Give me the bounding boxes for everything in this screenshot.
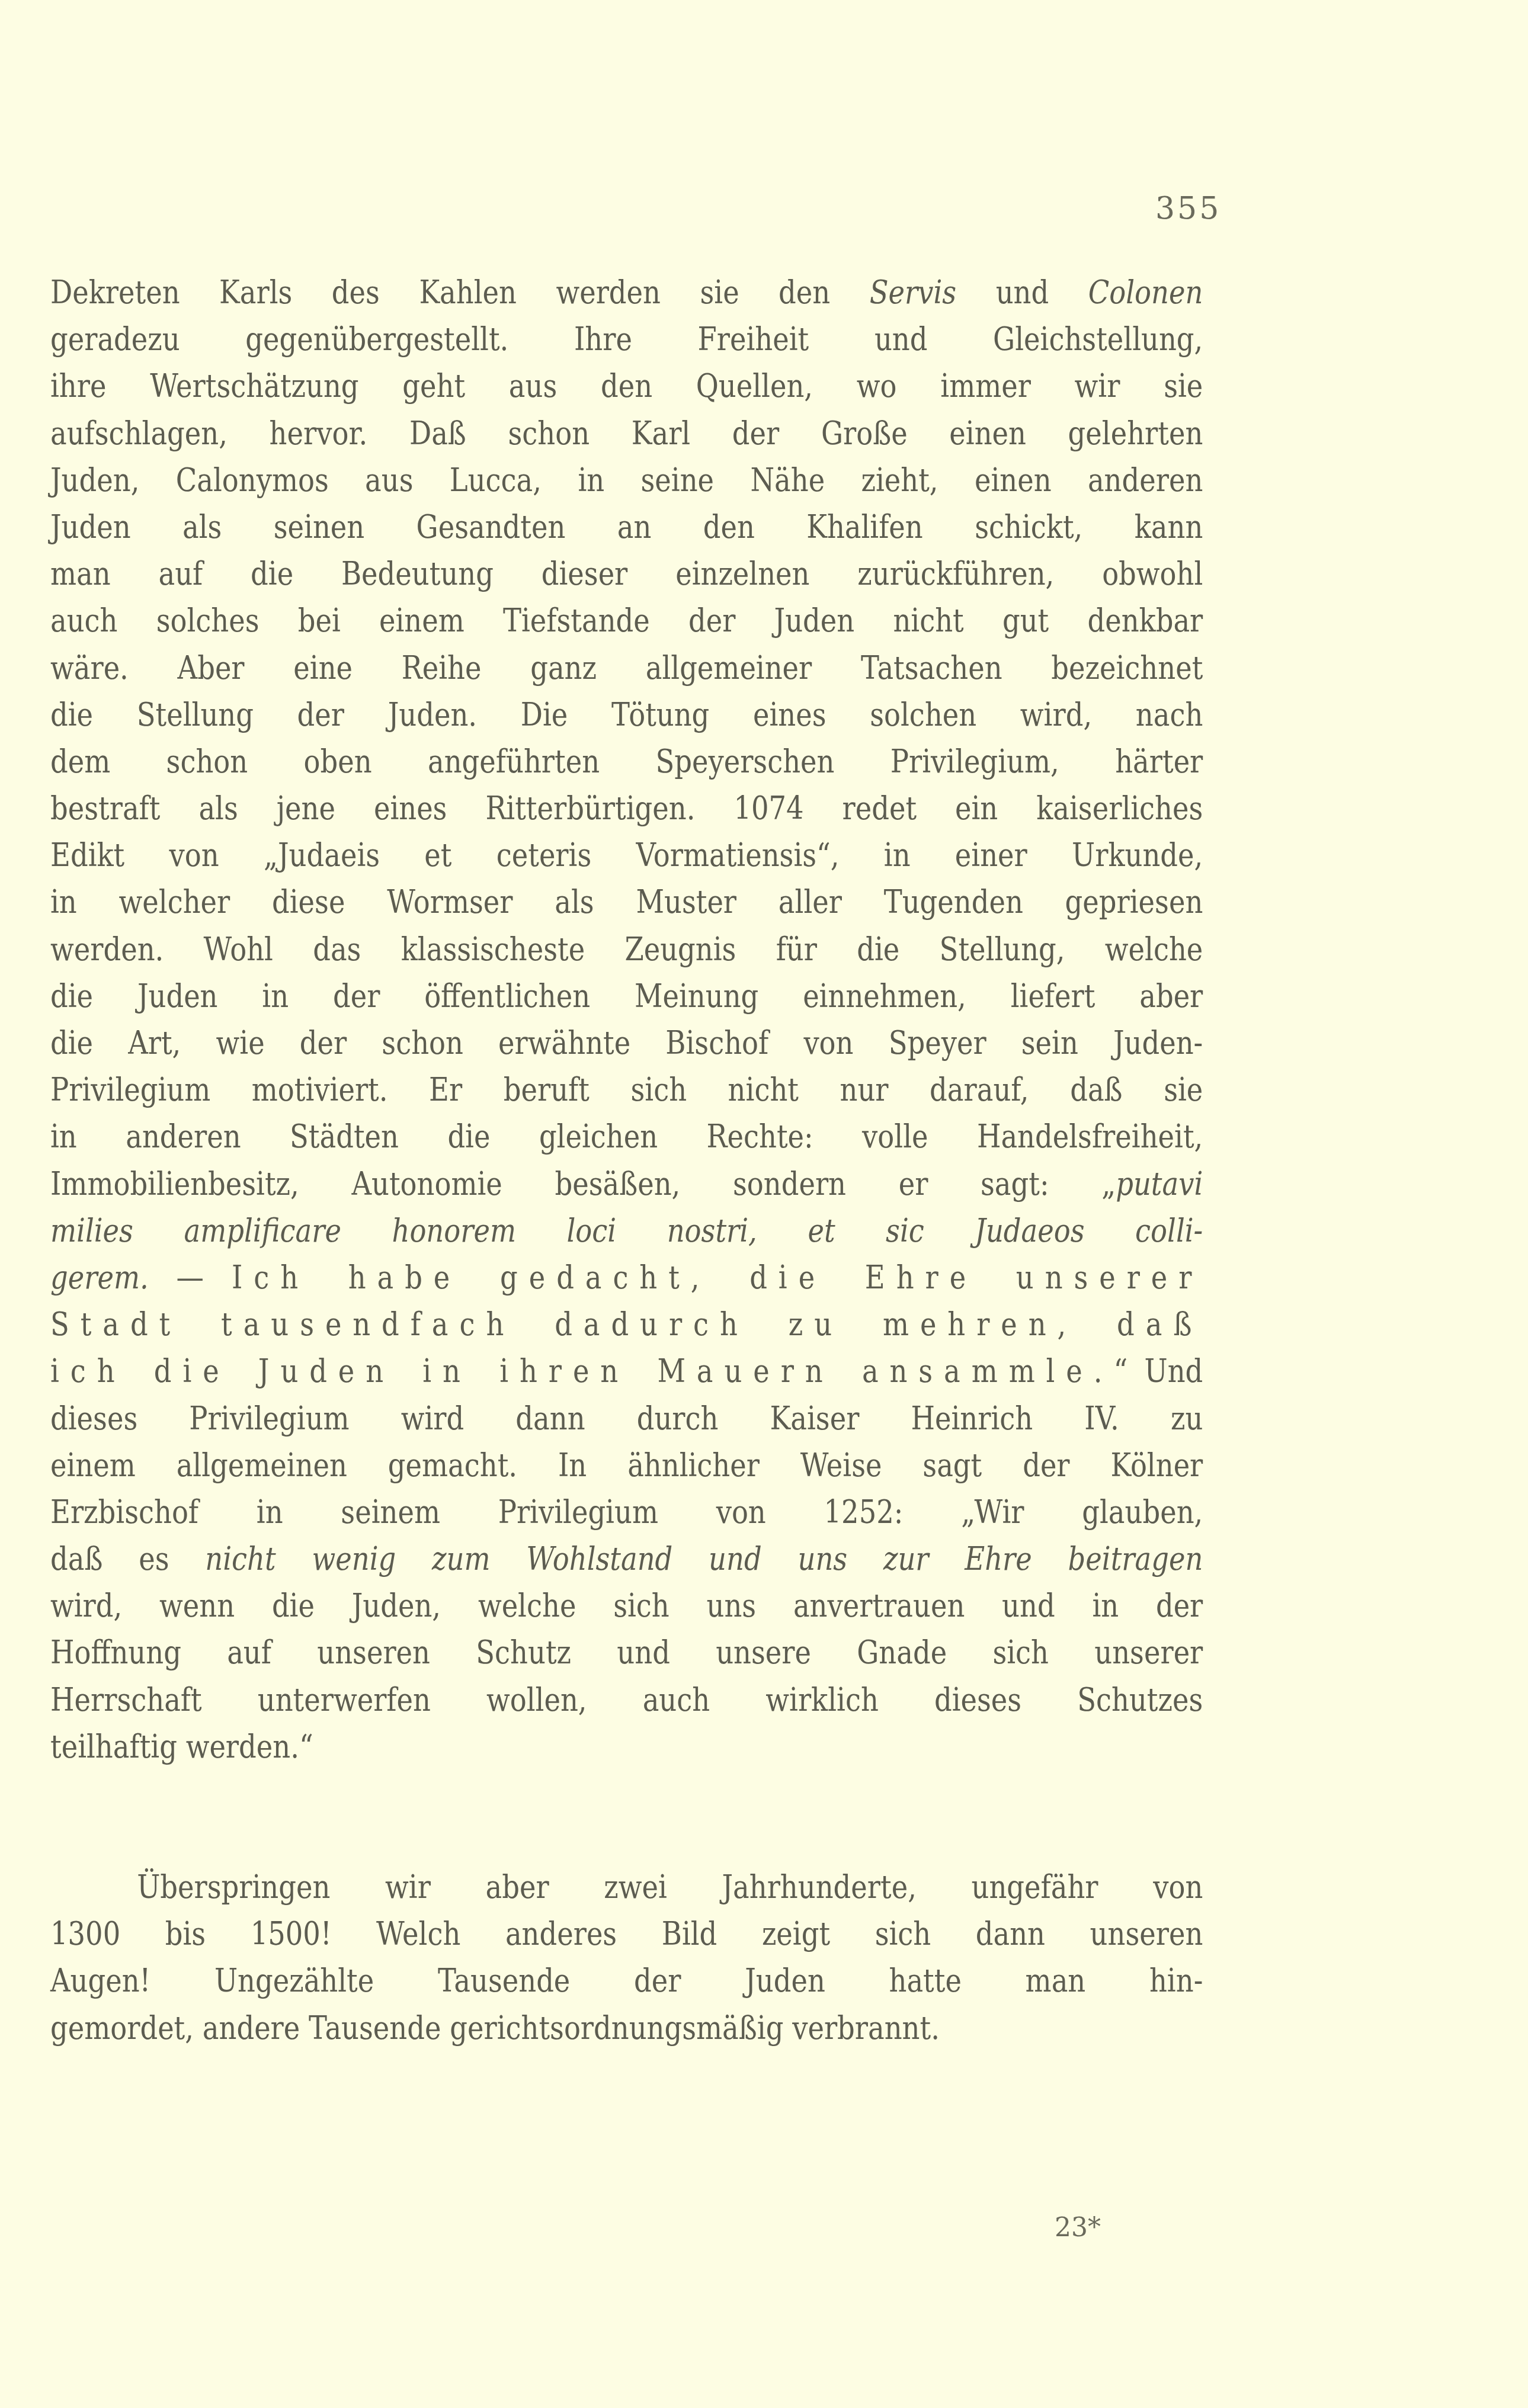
signature-mark: 23* [1055,2213,1101,2243]
text-segment: — [149,1259,232,1296]
text-segment: 1300 bis 1500! Welch anderes Bild zeigt … [50,1915,1203,1952]
text-segment: “ Und [1113,1352,1203,1390]
text-segment: dem schon oben angeführten Speyerschen P… [50,743,1203,780]
text-line: Herrschaft unterwerfen wollen, auch wirk… [50,1676,1203,1723]
text-line: Überspringen wir aber zwei Jahrhunderte,… [50,1864,1203,1910]
text-segment: die Stellung der Juden. Die Tötung eines… [50,696,1203,733]
italic-text: Servis [870,274,956,311]
text-segment: bestraft als jene eines Ritterbürtigen. … [50,790,1203,827]
text-segment: in anderen Städten die gleichen Rechte: … [50,1118,1203,1155]
text-line: 1300 bis 1500! Welch anderes Bild zeigt … [50,1910,1203,1957]
text-segment: wäre. Aber eine Reihe ganz allgemeiner T… [50,649,1203,687]
text-segment: ihre Wertschätzung geht aus den Quellen,… [50,367,1203,405]
italic-text: putavi [1116,1165,1203,1203]
spaced-text: ich die Juden in ihren Mauern ansammle. [50,1352,1113,1390]
text-segment: dieses Privilegium wird dann durch Kaise… [50,1400,1203,1437]
text-segment: Überspringen wir aber zwei Jahrhunderte,… [137,1868,1203,1906]
text-segment: Herrschaft unterwerfen wollen, auch wirk… [50,1681,1203,1718]
italic-text: Colonen [1088,274,1203,311]
text-line: dem schon oben angeführten Speyerschen P… [50,738,1203,785]
text-line: auch solches bei einem Tiefstande der Ju… [50,597,1203,644]
text-segment: in welcher diese Wormser als Muster alle… [50,883,1203,921]
italic-text: nicht wenig zum Wohlstand und uns zur Eh… [205,1540,1203,1577]
text-line: in welcher diese Wormser als Muster alle… [50,878,1203,925]
text-line: geradezu gegenübergestellt. Ihre Freihei… [50,316,1203,363]
text-line: einem allgemeinen gemacht. In ähnlicher … [50,1442,1203,1489]
text-segment: werden. Wohl das klassischeste Zeugnis f… [50,931,1203,968]
text-line: Edikt von „Judaeis et ceteris Vormatiens… [50,832,1203,878]
text-segment: Juden als seinen Gesandten an den Khalif… [50,508,1203,546]
text-segment: gemordet, andere Tausende gerichtsordnun… [50,2009,940,2047]
text-segment: und [956,274,1088,311]
text-line: Hoffnung auf unseren Schutz und unsere G… [50,1629,1203,1676]
text-segment: wird, wenn die Juden, welche sich uns an… [50,1587,1203,1624]
text-segment: die Juden in der öffentlichen Meinung ei… [50,977,1203,1015]
text-line: bestraft als jene eines Ritterbürtigen. … [50,785,1203,832]
text-line: Erzbischof in seinem Privilegium von 125… [50,1489,1203,1535]
text-segment: aufschlagen, hervor. Daß schon Karl der … [50,415,1203,452]
text-line: daß es nicht wenig zum Wohlstand und uns… [50,1535,1203,1582]
text-segment: einem allgemeinen gemacht. In ähnlicher … [50,1447,1203,1484]
text-line: die Juden in der öffentlichen Meinung ei… [50,973,1203,1019]
text-line: Stadt tausendfach dadurch zu mehren, daß [50,1301,1203,1348]
text-segment: Dekreten Karls des Kahlen werden sie den [50,274,870,311]
body-text: Dekreten Karls des Kahlen werden sie den… [50,269,1203,2051]
italic-text: gerem. [50,1259,149,1296]
text-line: ihre Wertschätzung geht aus den Quellen,… [50,363,1203,409]
text-line: werden. Wohl das klassischeste Zeugnis f… [50,926,1203,973]
text-segment: auch solches bei einem Tiefstande der Ju… [50,602,1203,639]
text-line: ich die Juden in ihren Mauern ansammle.“… [50,1348,1203,1394]
text-line: aufschlagen, hervor. Daß schon Karl der … [50,410,1203,457]
text-line: wird, wenn die Juden, welche sich uns an… [50,1582,1203,1629]
italic-text: milies amplificare honorem loci nostri, … [50,1212,1203,1249]
text-segment: Edikt von „Judaeis et ceteris Vormatiens… [50,836,1203,874]
text-line: Juden als seinen Gesandten an den Khalif… [50,504,1203,550]
text-line: Immobilienbesitz, Autonomie besäßen, son… [50,1160,1203,1207]
text-line: gemordet, andere Tausende gerichtsordnun… [50,2005,1203,2051]
text-line: wäre. Aber eine Reihe ganz allgemeiner T… [50,645,1203,691]
text-segment: Erzbischof in seinem Privilegium von 125… [50,1493,1203,1531]
paragraph: Überspringen wir aber zwei Jahrhunderte,… [50,1864,1203,2051]
text-segment: man auf die Bedeutung dieser einzelnen z… [50,555,1203,592]
text-line: dieses Privilegium wird dann durch Kaise… [50,1395,1203,1442]
text-line: Privilegium motiviert. Er beruft sich ni… [50,1066,1203,1113]
page-number: 355 [1155,191,1221,226]
text-segment: Immobilienbesitz, Autonomie besäßen, son… [50,1165,1116,1203]
text-segment: die Art, wie der schon erwähnte Bischof … [50,1024,1203,1062]
text-line: die Stellung der Juden. Die Tötung eines… [50,691,1203,738]
text-line: gerem. — Ich habe gedacht, die Ehre unse… [50,1254,1203,1301]
text-line: milies amplificare honorem loci nostri, … [50,1207,1203,1254]
spaced-text: Stadt tausendfach dadurch zu mehren, daß [50,1306,1203,1343]
text-line: in anderen Städten die gleichen Rechte: … [50,1113,1203,1160]
text-line: die Art, wie der schon erwähnte Bischof … [50,1019,1203,1066]
text-line: Augen! Ungezählte Tausende der Juden hat… [50,1957,1203,2004]
paragraph-gap [50,1770,1203,1864]
text-line: Dekreten Karls des Kahlen werden sie den… [50,269,1203,316]
text-line: teilhaftig werden.“ [50,1723,1203,1770]
text-segment: Privilegium motiviert. Er beruft sich ni… [50,1071,1203,1108]
text-line: man auf die Bedeutung dieser einzelnen z… [50,550,1203,597]
paragraph: Dekreten Karls des Kahlen werden sie den… [50,269,1203,1770]
text-segment: Augen! Ungezählte Tausende der Juden hat… [50,1962,1203,1999]
text-segment: daß es [50,1540,205,1577]
text-segment: teilhaftig werden.“ [50,1728,313,1765]
spaced-text: Ich habe gedacht, die Ehre unserer [232,1259,1203,1296]
text-segment: Juden, Calonymos aus Lucca, in seine Näh… [50,461,1203,499]
text-line: Juden, Calonymos aus Lucca, in seine Näh… [50,457,1203,504]
text-segment: Hoffnung auf unseren Schutz und unsere G… [50,1634,1203,1671]
text-segment: geradezu gegenübergestellt. Ihre Freihei… [50,320,1203,358]
